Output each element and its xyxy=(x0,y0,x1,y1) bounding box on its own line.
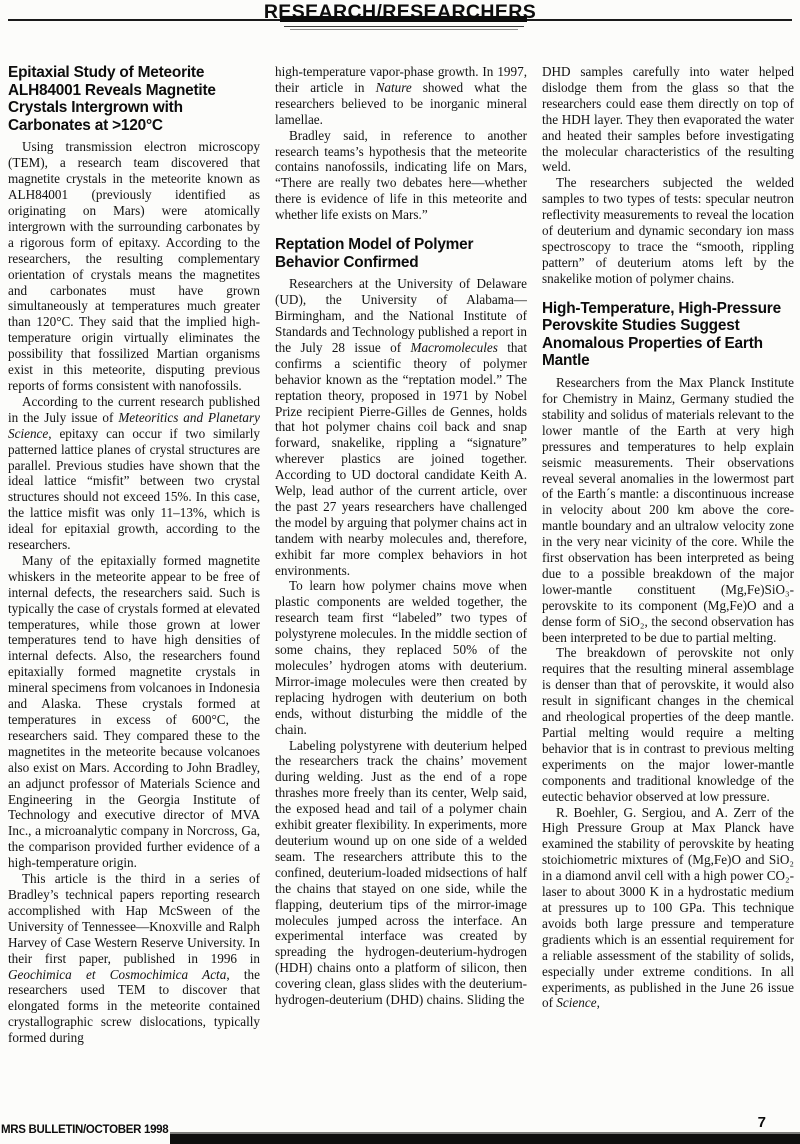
body-paragraph: DHD samples carefully into water helped … xyxy=(542,64,794,175)
header-rule-thin-1 xyxy=(284,26,524,27)
header-rule-thick xyxy=(280,16,527,22)
body-paragraph: According to the current research publis… xyxy=(8,394,260,553)
section-heading: High-Temperature, High-Pressure Perovski… xyxy=(542,300,794,370)
body-paragraph: Researchers at the University of Delawar… xyxy=(275,276,527,578)
header-rule-left xyxy=(8,19,280,21)
body-paragraph: To learn how polymer chains move when pl… xyxy=(275,578,527,737)
page-number: 7 xyxy=(758,1114,766,1131)
body-paragraph: Bradley said, in reference to another re… xyxy=(275,128,527,223)
body-paragraph: Researchers from the Max Planck Institut… xyxy=(542,375,794,645)
footer-journal-date: MRS BULLETIN/OCTOBER 1998 xyxy=(1,1124,168,1136)
header-rule-thin-2 xyxy=(290,29,518,30)
article-column-2: high-temperature vapor-phase growth. In … xyxy=(275,64,527,1106)
page-header: RESEARCH/RESEARCHERS xyxy=(0,0,800,64)
body-paragraph: Many of the epitaxially formed magnetite… xyxy=(8,553,260,871)
article-columns: Epitaxial Study of Meteorite ALH84001 Re… xyxy=(0,64,800,1106)
section-heading: Reptation Model of Polymer Behavior Conf… xyxy=(275,236,527,271)
scanned-page: RESEARCH/RESEARCHERS Epitaxial Study of … xyxy=(0,0,800,1144)
article-column-3: DHD samples carefully into water helped … xyxy=(542,64,794,1106)
body-paragraph: Labeling polystyrene with deuterium help… xyxy=(275,738,527,1008)
section-heading: Epitaxial Study of Meteorite ALH84001 Re… xyxy=(8,64,260,134)
body-paragraph: The researchers subjected the welded sam… xyxy=(542,175,794,286)
article-column-1: Epitaxial Study of Meteorite ALH84001 Re… xyxy=(8,64,260,1106)
page-edge-strip xyxy=(170,1132,800,1144)
body-paragraph: The breakdown of perovskite not only req… xyxy=(542,645,794,804)
body-paragraph: Using transmission electron microscopy (… xyxy=(8,139,260,394)
header-rule-right xyxy=(525,19,792,21)
body-paragraph: high-temperature vapor-phase growth. In … xyxy=(275,64,527,128)
body-paragraph: R. Boehler, G. Sergiou, and A. Zerr of t… xyxy=(542,805,794,1012)
body-paragraph: This article is the third in a series of… xyxy=(8,871,260,1046)
